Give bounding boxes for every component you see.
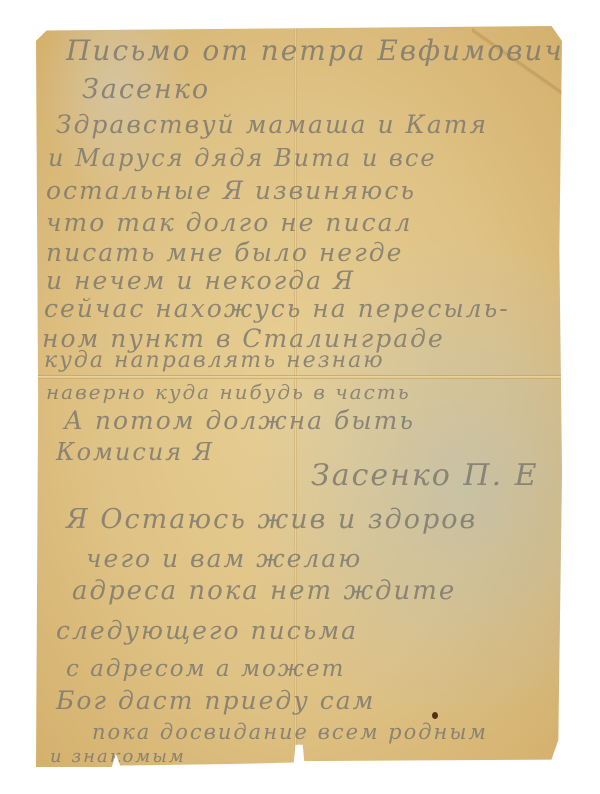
letter-line: Бог даст приеду сам	[56, 686, 375, 715]
letter-line: остальные Я извиняюсь	[46, 176, 416, 205]
letter-line: и Маруся дядя Вита и все	[48, 144, 437, 172]
letter-line: что так долго не писал	[46, 208, 412, 237]
letter-line: писать мне было негде	[46, 238, 403, 267]
letter-line: сейчас нахожусь на пересыль-	[44, 294, 510, 323]
letter-line: пока досвидание всем родным	[92, 720, 488, 744]
letter-author-surname: Засенко	[82, 74, 210, 105]
letter-signature: Засенко П. Е	[311, 458, 539, 493]
letter-line: Я Остаюсь жив и здоров	[66, 504, 477, 535]
letter-line: и знакомым	[50, 746, 186, 767]
letter-line: следующего письма	[56, 616, 358, 645]
letter-line: куда направлять незнаю	[44, 348, 385, 373]
letter-line: и нечем и некогда Я	[46, 266, 355, 295]
letter-line: с адресом а может	[66, 656, 345, 682]
letter-line: Здравствуй мамаша и Катя	[56, 110, 488, 139]
letter-heading: Письмо от петра Евфимовича	[66, 34, 583, 67]
letter-line: адреса пока нет ждите	[72, 576, 456, 606]
ink-stain	[432, 712, 438, 719]
letter-line: А потом должна быть	[64, 406, 415, 435]
letter-line: чего и вам желаю	[86, 544, 362, 573]
letter-line: Комисия Я	[56, 438, 214, 466]
letter-paper: Письмо от петра Евфимовича Засенко Здрав…	[36, 26, 562, 770]
letter-line: наверно куда нибудь в часть	[46, 380, 411, 404]
horizontal-fold-crease	[36, 375, 562, 379]
